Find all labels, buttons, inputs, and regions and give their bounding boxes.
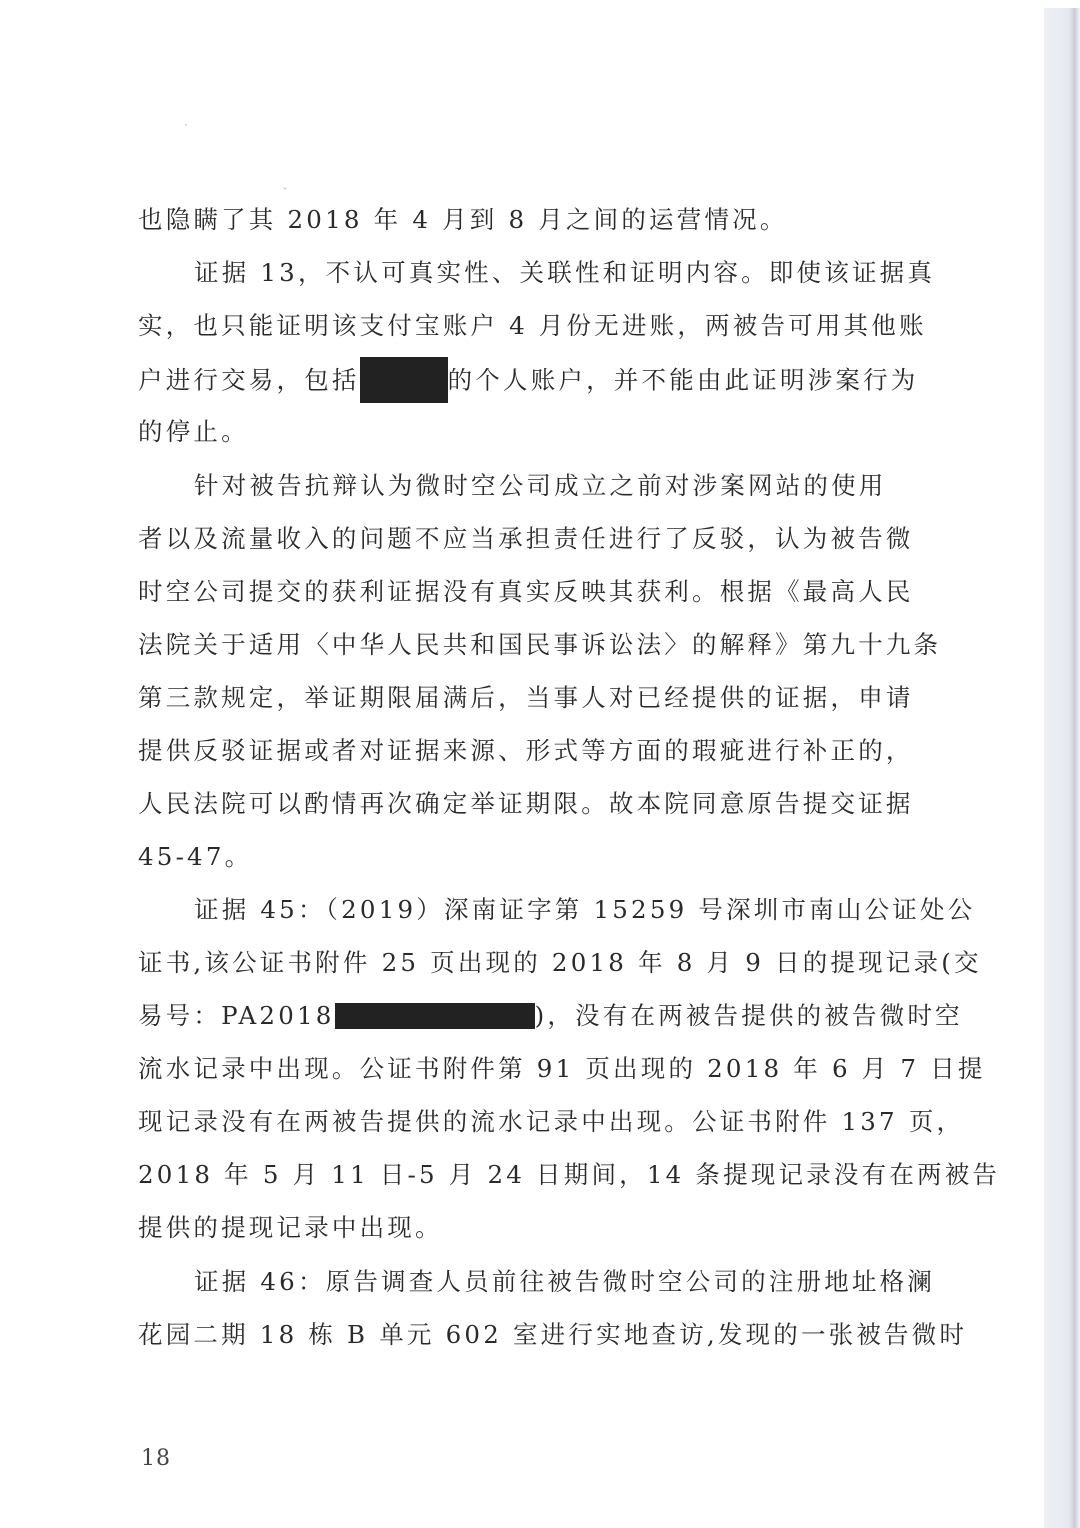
text-line: 实，也只能证明该支付宝账户 4 月份无进账，两被告可用其他账 <box>138 306 927 346</box>
text-segment: )，没有在两被告提供的被告微时空 <box>535 1001 963 1030</box>
page-number: 18 <box>141 1446 171 1471</box>
text-line: 证据 45：（2019）深南证字第 15259 号深圳市南山公证处公 <box>194 890 975 930</box>
text-line: 花园二期 18 栋 B 单元 602 室进行实地查访,发现的一张被告微时 <box>138 1315 967 1355</box>
text-line: 现记录没有在两被告提供的流水记录中出现。公证书附件 137 页， <box>138 1102 964 1142</box>
text-line: 2018 年 5 月 11 日-5 月 24 日期间，14 条提现记录没有在两被… <box>138 1155 1000 1195</box>
text-line: 第三款规定，举证期限届满后，当事人对已经提供的证据，申请 <box>138 678 914 718</box>
text-line: 流水记录中出现。公证书附件第 91 页出现的 2018 年 6 月 7 日提 <box>138 1049 986 1089</box>
text-line-with-redaction: 户进行交易，包括的个人账户，并不能由此证明涉案行为 <box>138 359 919 399</box>
text-line: 的停止。 <box>138 412 249 452</box>
text-segment: 易号：PA2018 <box>138 1001 335 1030</box>
text-line: 提供的提现记录中出现。 <box>138 1208 443 1248</box>
text-segment: 户进行交易，包括 <box>138 366 360 395</box>
text-line: 证书,该公证书附件 25 页出现的 2018 年 8 月 9 日的提现记录(交 <box>138 943 982 983</box>
text-line: 法院关于适用〈中华人民共和国民事诉讼法〉的解释》第九十九条 <box>138 625 941 665</box>
text-line: 证据 13，不认可真实性、关联性和证明内容。即使该证据真 <box>194 253 935 293</box>
text-line: 也隐瞒了其 2018 年 4 月到 8 月之间的运营情况。 <box>138 200 788 240</box>
text-line: 人民法院可以酌情再次确定举证期限。故本院同意原告提交证据 <box>138 784 914 824</box>
text-segment: 的个人账户，并不能由此证明涉案行为 <box>448 366 919 395</box>
scan-speck: · <box>184 118 188 132</box>
text-line: 证据 46：原告调查人员前往被告微时空公司的注册地址格澜 <box>194 1262 935 1302</box>
text-line: 45-47。 <box>138 837 252 877</box>
redaction-block <box>360 357 448 403</box>
text-line: 者以及流量收入的问题不应当承担责任进行了反驳，认为被告微 <box>138 519 914 559</box>
text-line-with-redaction: 易号：PA2018)，没有在两被告提供的被告微时空 <box>138 996 963 1036</box>
scan-speck: ˇ <box>282 186 288 200</box>
redaction-block <box>335 1003 535 1029</box>
scan-edge-shadow <box>1044 8 1080 1528</box>
text-line: 针对被告抗辩认为微时空公司成立之前对涉案网站的使用 <box>194 466 887 506</box>
text-line: 时空公司提交的获利证据没有真实反映其获利。根据《最高人民 <box>138 572 914 612</box>
text-line: 提供反驳证据或者对证据来源、形式等方面的瑕疵进行补正的， <box>138 731 914 771</box>
